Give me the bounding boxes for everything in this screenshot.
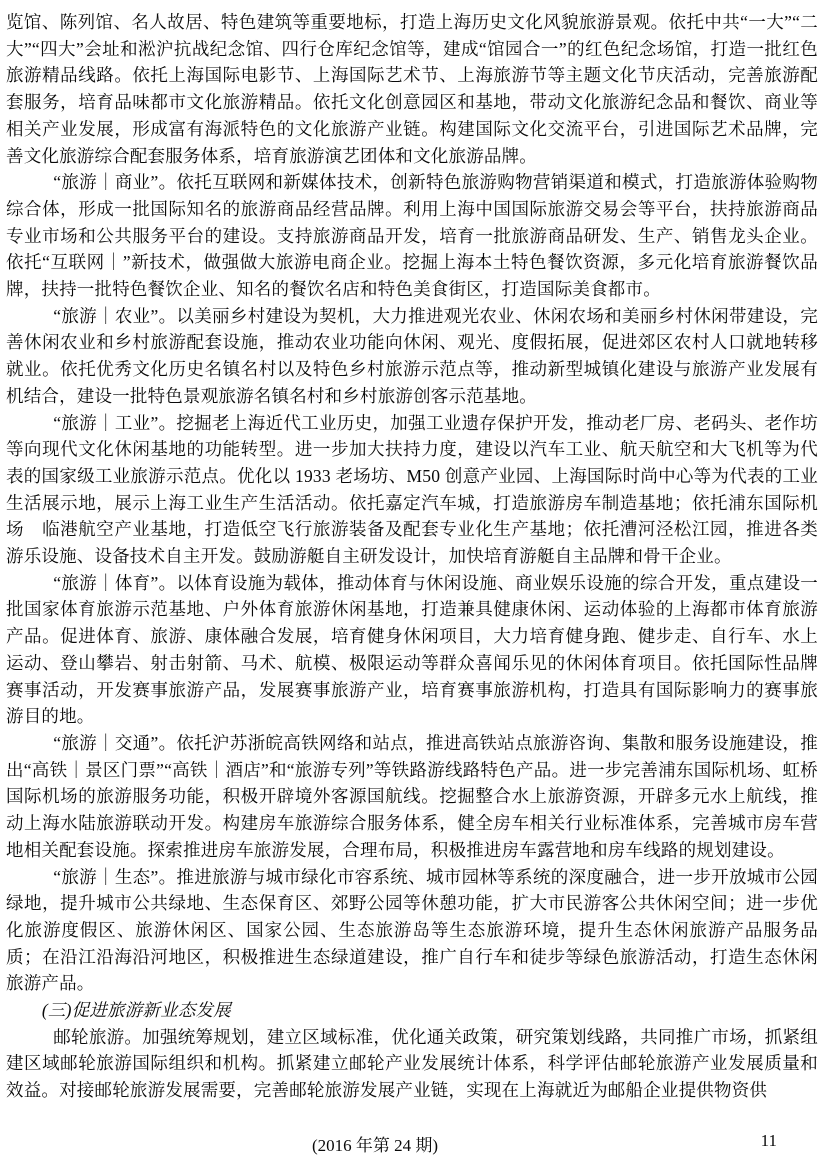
document-page: 览馆、陈列馆、名人故居、特色建筑等重要地标，打造上海历史文化风貌旅游景观。依托中… xyxy=(0,0,827,1170)
paragraph-culture-tourism-continuation: 览馆、陈列馆、名人故居、特色建筑等重要地标，打造上海历史文化风貌旅游景观。依托中… xyxy=(6,9,818,169)
paragraph-tourism-sports: “旅游｜体育”。以体育设施为载体，推动体育与休闲设施、商业娱乐设施的综合开发，重… xyxy=(6,570,818,730)
paragraph-tourism-transport: “旅游｜交通”。依托沪苏浙皖高铁网络和站点，推进高铁站点旅游咨询、集散和服务设施… xyxy=(6,730,818,864)
issue-label: (2016 年第 24 期) xyxy=(312,1131,438,1156)
paragraph-tourism-industry: “旅游｜工业”。挖掘老上海近代工业历史，加强工业遗存保护开发，推动老厂房、老码头… xyxy=(6,410,818,570)
paragraph-tourism-agriculture: “旅游｜农业”。以美丽乡村建设为契机，大力推进观光农业、休闲农场和美丽乡村休闲带… xyxy=(6,303,818,410)
section-heading-new-business: (三)促进旅游新业态发展 xyxy=(6,997,818,1024)
page-footer: (2016 年第 24 期) 11 xyxy=(0,1131,827,1161)
paragraph-cruise-tourism: 邮轮旅游。加强统筹规划，建立区域标准，优化通关政策，研究策划线路，共同推广市场，… xyxy=(6,1024,818,1104)
paragraph-tourism-commerce: “旅游｜商业”。依托互联网和新媒体技术，创新特色旅游购物营销渠道和模式，打造旅游… xyxy=(6,169,818,303)
document-body: 览馆、陈列馆、名人故居、特色建筑等重要地标，打造上海历史文化风貌旅游景观。依托中… xyxy=(6,9,818,1104)
paragraph-tourism-ecology: “旅游｜生态”。推进旅游与城市绿化市容系统、城市园林等系统的深度融合，进一步开放… xyxy=(6,864,818,998)
page-number: 11 xyxy=(761,1131,777,1151)
